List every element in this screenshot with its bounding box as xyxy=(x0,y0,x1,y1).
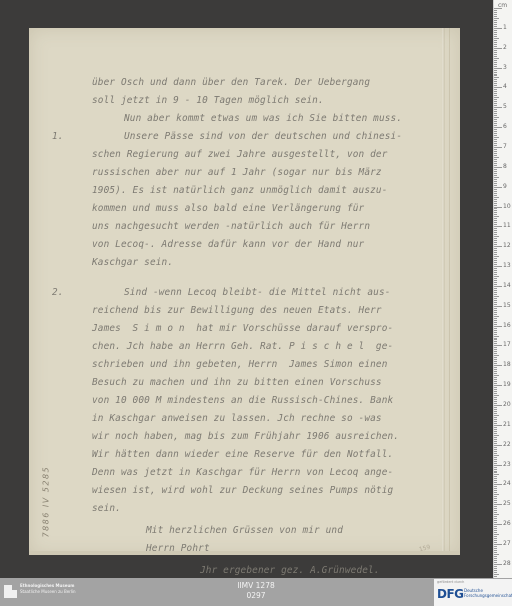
ruler-tick xyxy=(494,193,497,194)
ruler-tick xyxy=(494,197,499,198)
ruler-tick xyxy=(494,260,497,261)
ruler-tick xyxy=(494,252,497,253)
ruler-tick xyxy=(494,320,497,321)
ruler-tick xyxy=(494,314,497,315)
ruler-tick xyxy=(494,105,497,106)
ruler-tick xyxy=(494,417,497,418)
ruler-tick xyxy=(494,457,497,458)
ruler-tick xyxy=(494,316,499,317)
ruler-tick xyxy=(494,349,497,350)
ruler-tick xyxy=(494,228,497,229)
ruler-tick xyxy=(494,427,497,428)
ruler-tick xyxy=(494,123,497,124)
ruler-tick xyxy=(494,185,497,186)
ruler-tick xyxy=(494,111,497,112)
ruler-tick xyxy=(494,445,502,446)
ruler-tick xyxy=(494,52,497,53)
ruler-tick xyxy=(494,256,499,257)
ruler-tick xyxy=(494,530,497,531)
ruler-tick xyxy=(494,284,497,285)
ruler-tick xyxy=(494,373,497,374)
ruler-tick xyxy=(494,383,497,384)
ruler-tick xyxy=(494,465,502,466)
ruler-tick xyxy=(494,87,502,88)
ruler-tick xyxy=(494,135,497,136)
ruler-tick xyxy=(494,453,497,454)
ruler-tick-label: 13 xyxy=(503,262,511,269)
ruler-tick xyxy=(494,423,497,424)
ruler-tick xyxy=(494,282,497,283)
ruler-tick xyxy=(494,330,497,331)
ruler-tick xyxy=(494,183,497,184)
ruler-tick xyxy=(494,214,497,215)
letter-line: Denn was jetzt in Kaschgar für Herrn von… xyxy=(92,464,393,482)
ruler-tick-label: 11 xyxy=(503,222,511,229)
ruler-tick xyxy=(494,226,502,227)
ruler-tick xyxy=(494,469,497,470)
ruler-tick xyxy=(494,510,497,511)
ruler-tick-label: 10 xyxy=(503,203,511,210)
ruler-tick-label: 12 xyxy=(503,242,511,249)
ruler-tick xyxy=(494,504,502,505)
ruler-tick xyxy=(494,292,497,293)
ruler-tick xyxy=(494,173,497,174)
ruler-tick-label: 22 xyxy=(503,441,511,448)
ruler-tick-label: 7 xyxy=(503,143,507,150)
ruler-tick xyxy=(494,564,502,565)
ruler-tick xyxy=(494,36,497,37)
ruler-tick xyxy=(494,389,497,390)
ruler-tick xyxy=(494,68,502,69)
ruler-tick xyxy=(494,544,502,545)
ruler-tick xyxy=(494,324,497,325)
ruler-tick xyxy=(494,56,497,57)
ruler-tick xyxy=(494,201,497,202)
ruler-tick xyxy=(494,405,502,406)
ruler-tick xyxy=(494,179,497,180)
ruler-tick-label: 4 xyxy=(503,83,507,90)
ruler-tick-label: 6 xyxy=(503,123,507,130)
ruler-tick-label: 8 xyxy=(503,163,507,170)
ruler-tick xyxy=(494,341,497,342)
ruler-tick xyxy=(494,502,497,503)
ruler-tick xyxy=(494,32,497,33)
margin-annotation: 7886 IV 5285 xyxy=(36,430,52,550)
ruler-tick xyxy=(494,103,497,104)
ruler-tick xyxy=(494,163,497,164)
ruler-tick xyxy=(494,391,497,392)
ruler-tick xyxy=(494,379,497,380)
ruler-tick xyxy=(494,46,497,47)
ruler-tick xyxy=(494,159,497,160)
ruler-tick-label: 16 xyxy=(503,322,511,329)
ruler-tick xyxy=(494,532,497,533)
ruler-tick xyxy=(494,467,497,468)
ruler-tick xyxy=(494,480,497,481)
ruler-tick xyxy=(494,296,499,297)
ruler-tick xyxy=(494,175,497,176)
ruler-tick xyxy=(494,224,497,225)
ruler-tick xyxy=(494,431,497,432)
ruler-tick xyxy=(494,308,497,309)
ruler-tick xyxy=(494,524,502,525)
ruler-tick xyxy=(494,157,499,158)
dfg-logo-icon: DFG xyxy=(437,587,464,601)
ruler-tick xyxy=(494,474,499,475)
ruler-tick xyxy=(494,147,502,148)
ruler-tick xyxy=(494,322,497,323)
ruler-tick xyxy=(494,560,497,561)
ruler-tick-label: 25 xyxy=(503,500,511,507)
ruler-tick xyxy=(494,26,497,27)
item-number: 2. xyxy=(52,287,64,298)
letter-line: wir noch haben, mag bis zum Frühjahr 190… xyxy=(92,428,399,446)
letter-line: James S i m o n hat mir Vorschüsse darau… xyxy=(92,320,393,338)
ruler-tick xyxy=(494,141,497,142)
ruler-tick xyxy=(494,89,497,90)
ruler-tick xyxy=(494,242,497,243)
ruler-tick xyxy=(494,574,499,575)
ruler-tick xyxy=(494,133,497,134)
ruler-tick xyxy=(494,334,497,335)
ruler-tick xyxy=(494,99,497,100)
ruler-tick xyxy=(494,482,497,483)
ruler-tick xyxy=(494,220,497,221)
ruler-tick xyxy=(494,369,497,370)
ruler-tick xyxy=(494,258,497,259)
letter-line: Nun aber kommt etwas um was ich Sie bitt… xyxy=(124,110,402,128)
ruler-tick xyxy=(494,222,497,223)
ruler-tick xyxy=(494,345,502,346)
ruler-tick xyxy=(494,286,502,287)
ruler-tick xyxy=(494,425,502,426)
funder-name: Deutsche Forschungsgemeinschaft xyxy=(464,588,512,598)
ruler-tick xyxy=(494,419,497,420)
ruler-tick xyxy=(494,79,497,80)
ruler-tick xyxy=(494,212,497,213)
ruler-tick xyxy=(494,189,497,190)
ruler-tick xyxy=(494,171,497,172)
ruler-tick xyxy=(494,137,499,138)
ruler-tick xyxy=(494,10,497,11)
letter-line: Wir hätten dann wieder eine Reserve für … xyxy=(92,446,393,464)
ruler-tick xyxy=(494,28,502,29)
ruler-tick xyxy=(494,83,497,84)
ruler-tick xyxy=(494,421,497,422)
ruler-tick xyxy=(494,167,502,168)
ruler-tick xyxy=(494,363,497,364)
ruler-tick xyxy=(494,488,497,489)
paper-fold xyxy=(442,28,445,555)
paper-fold-line xyxy=(449,28,450,555)
ruler-tick xyxy=(494,8,502,9)
ruler-tick xyxy=(494,351,497,352)
ruler-tick xyxy=(494,500,497,501)
ruler-tick xyxy=(494,48,502,49)
ruler-tick xyxy=(494,312,497,313)
ruler-tick xyxy=(494,367,497,368)
ruler-tick xyxy=(494,262,497,263)
ruler-tick xyxy=(494,74,497,75)
ruler-tick xyxy=(494,492,497,493)
ruler-tick xyxy=(494,304,497,305)
ruler-tick xyxy=(494,58,499,59)
ruler-tick xyxy=(494,562,497,563)
ruler-tick-label: 24 xyxy=(503,480,511,487)
ruler-tick xyxy=(494,435,499,436)
ruler-tick xyxy=(494,353,497,354)
ruler-tick xyxy=(494,54,497,55)
ruler-tick xyxy=(494,131,497,132)
ruler-tick xyxy=(494,18,499,19)
ruler-tick xyxy=(494,566,497,567)
ruler-tick xyxy=(494,556,497,557)
ruler-tick-label: 14 xyxy=(503,282,511,289)
ruler-tick-label: 2 xyxy=(503,44,507,51)
ruler-tick xyxy=(494,210,497,211)
ruler-tick xyxy=(494,264,497,265)
ruler-tick xyxy=(494,528,497,529)
ruler-tick xyxy=(494,429,497,430)
ruler-tick xyxy=(494,218,497,219)
ruler-tick xyxy=(494,381,497,382)
ruler-tick xyxy=(494,95,497,96)
letter-line: von 10 000 M mindestens an die Russisch-… xyxy=(92,392,393,410)
ruler-tick xyxy=(494,238,497,239)
funding-label: gefördert durch xyxy=(437,580,464,584)
ruler-tick xyxy=(494,30,497,31)
ruler-tick xyxy=(494,16,497,17)
ruler-tick xyxy=(494,357,497,358)
ruler-tick xyxy=(494,413,497,414)
ruler-tick xyxy=(494,548,497,549)
dfg-credit: gefördert durch DFG Deutsche Forschungsg… xyxy=(434,579,512,606)
ruler-tick xyxy=(494,576,497,577)
ruler-tick-label: 19 xyxy=(503,381,511,388)
ruler-tick xyxy=(494,433,497,434)
footer-bar: Ethnologisches Museum Staatliche Museen … xyxy=(0,578,512,606)
ruler-tick xyxy=(494,113,497,114)
letter-line: Kaschgar sein. xyxy=(92,254,173,272)
ruler-tick xyxy=(494,459,497,460)
ruler-tick xyxy=(494,385,502,386)
ruler-tick xyxy=(494,294,497,295)
ruler-tick xyxy=(494,558,497,559)
ruler-tick xyxy=(494,461,497,462)
ruler-tick xyxy=(494,14,497,15)
ruler-tick xyxy=(494,143,497,144)
ruler-tick xyxy=(494,332,497,333)
ruler-tick xyxy=(494,550,497,551)
letter-line: wiesen ist, wird wohl zur Deckung seines… xyxy=(92,482,393,500)
ruler-tick xyxy=(494,236,499,237)
ruler-tick-label: 17 xyxy=(503,341,511,348)
ruler-tick xyxy=(494,328,497,329)
letter-line: schrieben und ihn gebeten, Herrn James S… xyxy=(92,356,388,374)
ruler-tick xyxy=(494,38,499,39)
ruler-tick-label: 20 xyxy=(503,401,511,408)
ruler-tick xyxy=(494,274,497,275)
ruler-tick xyxy=(494,280,497,281)
ruler-tick xyxy=(494,272,497,273)
ruler-tick xyxy=(494,520,497,521)
ruler-tick xyxy=(494,478,497,479)
ruler-tick xyxy=(494,232,497,233)
ruler-tick xyxy=(494,455,499,456)
ruler-tick xyxy=(494,397,497,398)
ruler-tick xyxy=(494,387,497,388)
ruler-tick-label: 3 xyxy=(503,64,507,71)
ruler-tick xyxy=(494,270,497,271)
ruler-tick xyxy=(494,343,497,344)
letter-line: Herrn Pohrt xyxy=(146,540,210,558)
ruler-tick xyxy=(494,125,497,126)
ruler-tick xyxy=(494,250,497,251)
ruler-tick xyxy=(494,248,497,249)
ruler-tick xyxy=(494,216,499,217)
ruler-tick xyxy=(494,121,497,122)
ruler-tick xyxy=(494,347,497,348)
ruler-tick xyxy=(494,205,497,206)
ruler-tick xyxy=(494,326,502,327)
ruler-tick xyxy=(494,498,497,499)
ruler-tick xyxy=(494,149,497,150)
funder-name-line2: Forschungsgemeinschaft xyxy=(464,593,512,598)
ruler-tick xyxy=(494,338,497,339)
ruler-tick xyxy=(494,151,497,152)
ruler-tick xyxy=(494,290,497,291)
ruler-tick xyxy=(494,494,499,495)
ruler-tick-label: 23 xyxy=(503,461,511,468)
letter-line: Mit herzlichen Grüssen von mir und xyxy=(146,522,343,540)
letter-line: kommen und muss also bald eine Verlänger… xyxy=(92,200,364,218)
ruler-tick xyxy=(494,542,497,543)
ruler-tick xyxy=(494,117,499,118)
ruler-tick xyxy=(494,306,502,307)
ruler-tick xyxy=(494,540,497,541)
ruler-tick xyxy=(494,451,497,452)
ruler-tick xyxy=(494,244,497,245)
ruler-tick xyxy=(494,365,502,366)
ruler-tick xyxy=(494,411,497,412)
ruler-tick xyxy=(494,336,499,337)
ruler-tick xyxy=(494,570,497,571)
ruler-tick xyxy=(494,288,497,289)
ruler-tick xyxy=(494,496,497,497)
ruler-tick xyxy=(494,538,497,539)
ruler-tick xyxy=(494,361,497,362)
ruler-tick xyxy=(494,44,497,45)
ruler-tick xyxy=(494,230,497,231)
ruler-tick xyxy=(494,377,497,378)
ruler-tick xyxy=(494,268,497,269)
ruler-tick xyxy=(494,246,502,247)
ruler-tick xyxy=(494,91,497,92)
ruler-tick xyxy=(494,207,502,208)
letter-line: sein. xyxy=(92,500,121,518)
ruler-tick xyxy=(494,165,497,166)
ruler-tick xyxy=(494,278,497,279)
ruler-tick-label: 28 xyxy=(503,560,511,567)
ruler-tick-label: 9 xyxy=(503,183,507,190)
ruler-tick xyxy=(494,187,502,188)
ruler-tick-label: 15 xyxy=(503,302,511,309)
ruler-tick xyxy=(494,339,497,340)
ruler-tick xyxy=(494,101,497,102)
ruler-tick xyxy=(494,115,497,116)
ruler-tick-label: 5 xyxy=(503,103,507,110)
ruler-tick xyxy=(494,403,497,404)
ruler-tick xyxy=(494,12,497,13)
ruler-tick xyxy=(494,177,499,178)
ruler-tick xyxy=(494,395,499,396)
letter-line: uns nachgesucht werden -natürlich auch f… xyxy=(92,218,370,236)
ruler-tick xyxy=(494,484,502,485)
ruler-tick xyxy=(494,546,497,547)
ruler-tick xyxy=(494,463,497,464)
ruler-tick xyxy=(494,486,497,487)
ruler-tick xyxy=(494,554,499,555)
ruler-tick xyxy=(494,476,497,477)
letter-line: Besuch zu machen und ihn zu bitten einen… xyxy=(92,374,382,392)
ruler-tick xyxy=(494,393,497,394)
ruler-tick xyxy=(494,234,497,235)
ruler-tick xyxy=(494,64,497,65)
cm-ruler: cm 1234567891011121314151617181920212223… xyxy=(493,0,512,578)
ruler-tick xyxy=(494,50,497,51)
ruler-tick xyxy=(494,471,497,472)
ruler-tick xyxy=(494,195,497,196)
ruler-tick xyxy=(494,447,497,448)
ruler-tick xyxy=(494,62,497,63)
ruler-tick xyxy=(494,302,497,303)
ruler-tick xyxy=(494,240,497,241)
ruler-tick xyxy=(494,441,497,442)
ruler-tick xyxy=(494,552,497,553)
letter-line: reichend bis zur Bewilligung des neuen E… xyxy=(92,302,382,320)
ruler-tick xyxy=(494,153,497,154)
ruler-tick xyxy=(494,407,497,408)
ruler-tick xyxy=(494,139,497,140)
ruler-tick xyxy=(494,107,502,108)
letter-line: schen Regierung auf zwei Jahre ausgestel… xyxy=(92,146,388,164)
ruler-tick xyxy=(494,506,497,507)
letter-line: 1905). Es ist natürlich ganz unmöglich d… xyxy=(92,182,388,200)
ruler-tick xyxy=(494,375,499,376)
ruler-tick xyxy=(494,22,497,23)
ruler-tick xyxy=(494,534,499,535)
ruler-tick xyxy=(494,129,497,130)
ruler-tick-label: 1 xyxy=(503,24,507,31)
ruler-tick xyxy=(494,536,497,537)
ruler-tick xyxy=(494,399,497,400)
letter-line: russischen aber nur auf 1 Jahr (sogar nu… xyxy=(92,164,382,182)
ruler-tick xyxy=(494,191,497,192)
ruler-tick xyxy=(494,109,497,110)
ruler-tick xyxy=(494,514,499,515)
item-number: 1. xyxy=(52,131,64,142)
ruler-tick xyxy=(494,409,497,410)
ruler-tick xyxy=(494,439,497,440)
ruler-tick xyxy=(494,298,497,299)
ruler-tick xyxy=(494,310,497,311)
letter-line: chen. Jch habe an Herrn Geh. Rat. P i s … xyxy=(92,338,393,356)
ruler-tick xyxy=(494,127,502,128)
ruler-tick xyxy=(494,169,497,170)
ruler-tick xyxy=(494,318,497,319)
ruler-tick xyxy=(494,512,497,513)
ruler-tick-label: 26 xyxy=(503,520,511,527)
